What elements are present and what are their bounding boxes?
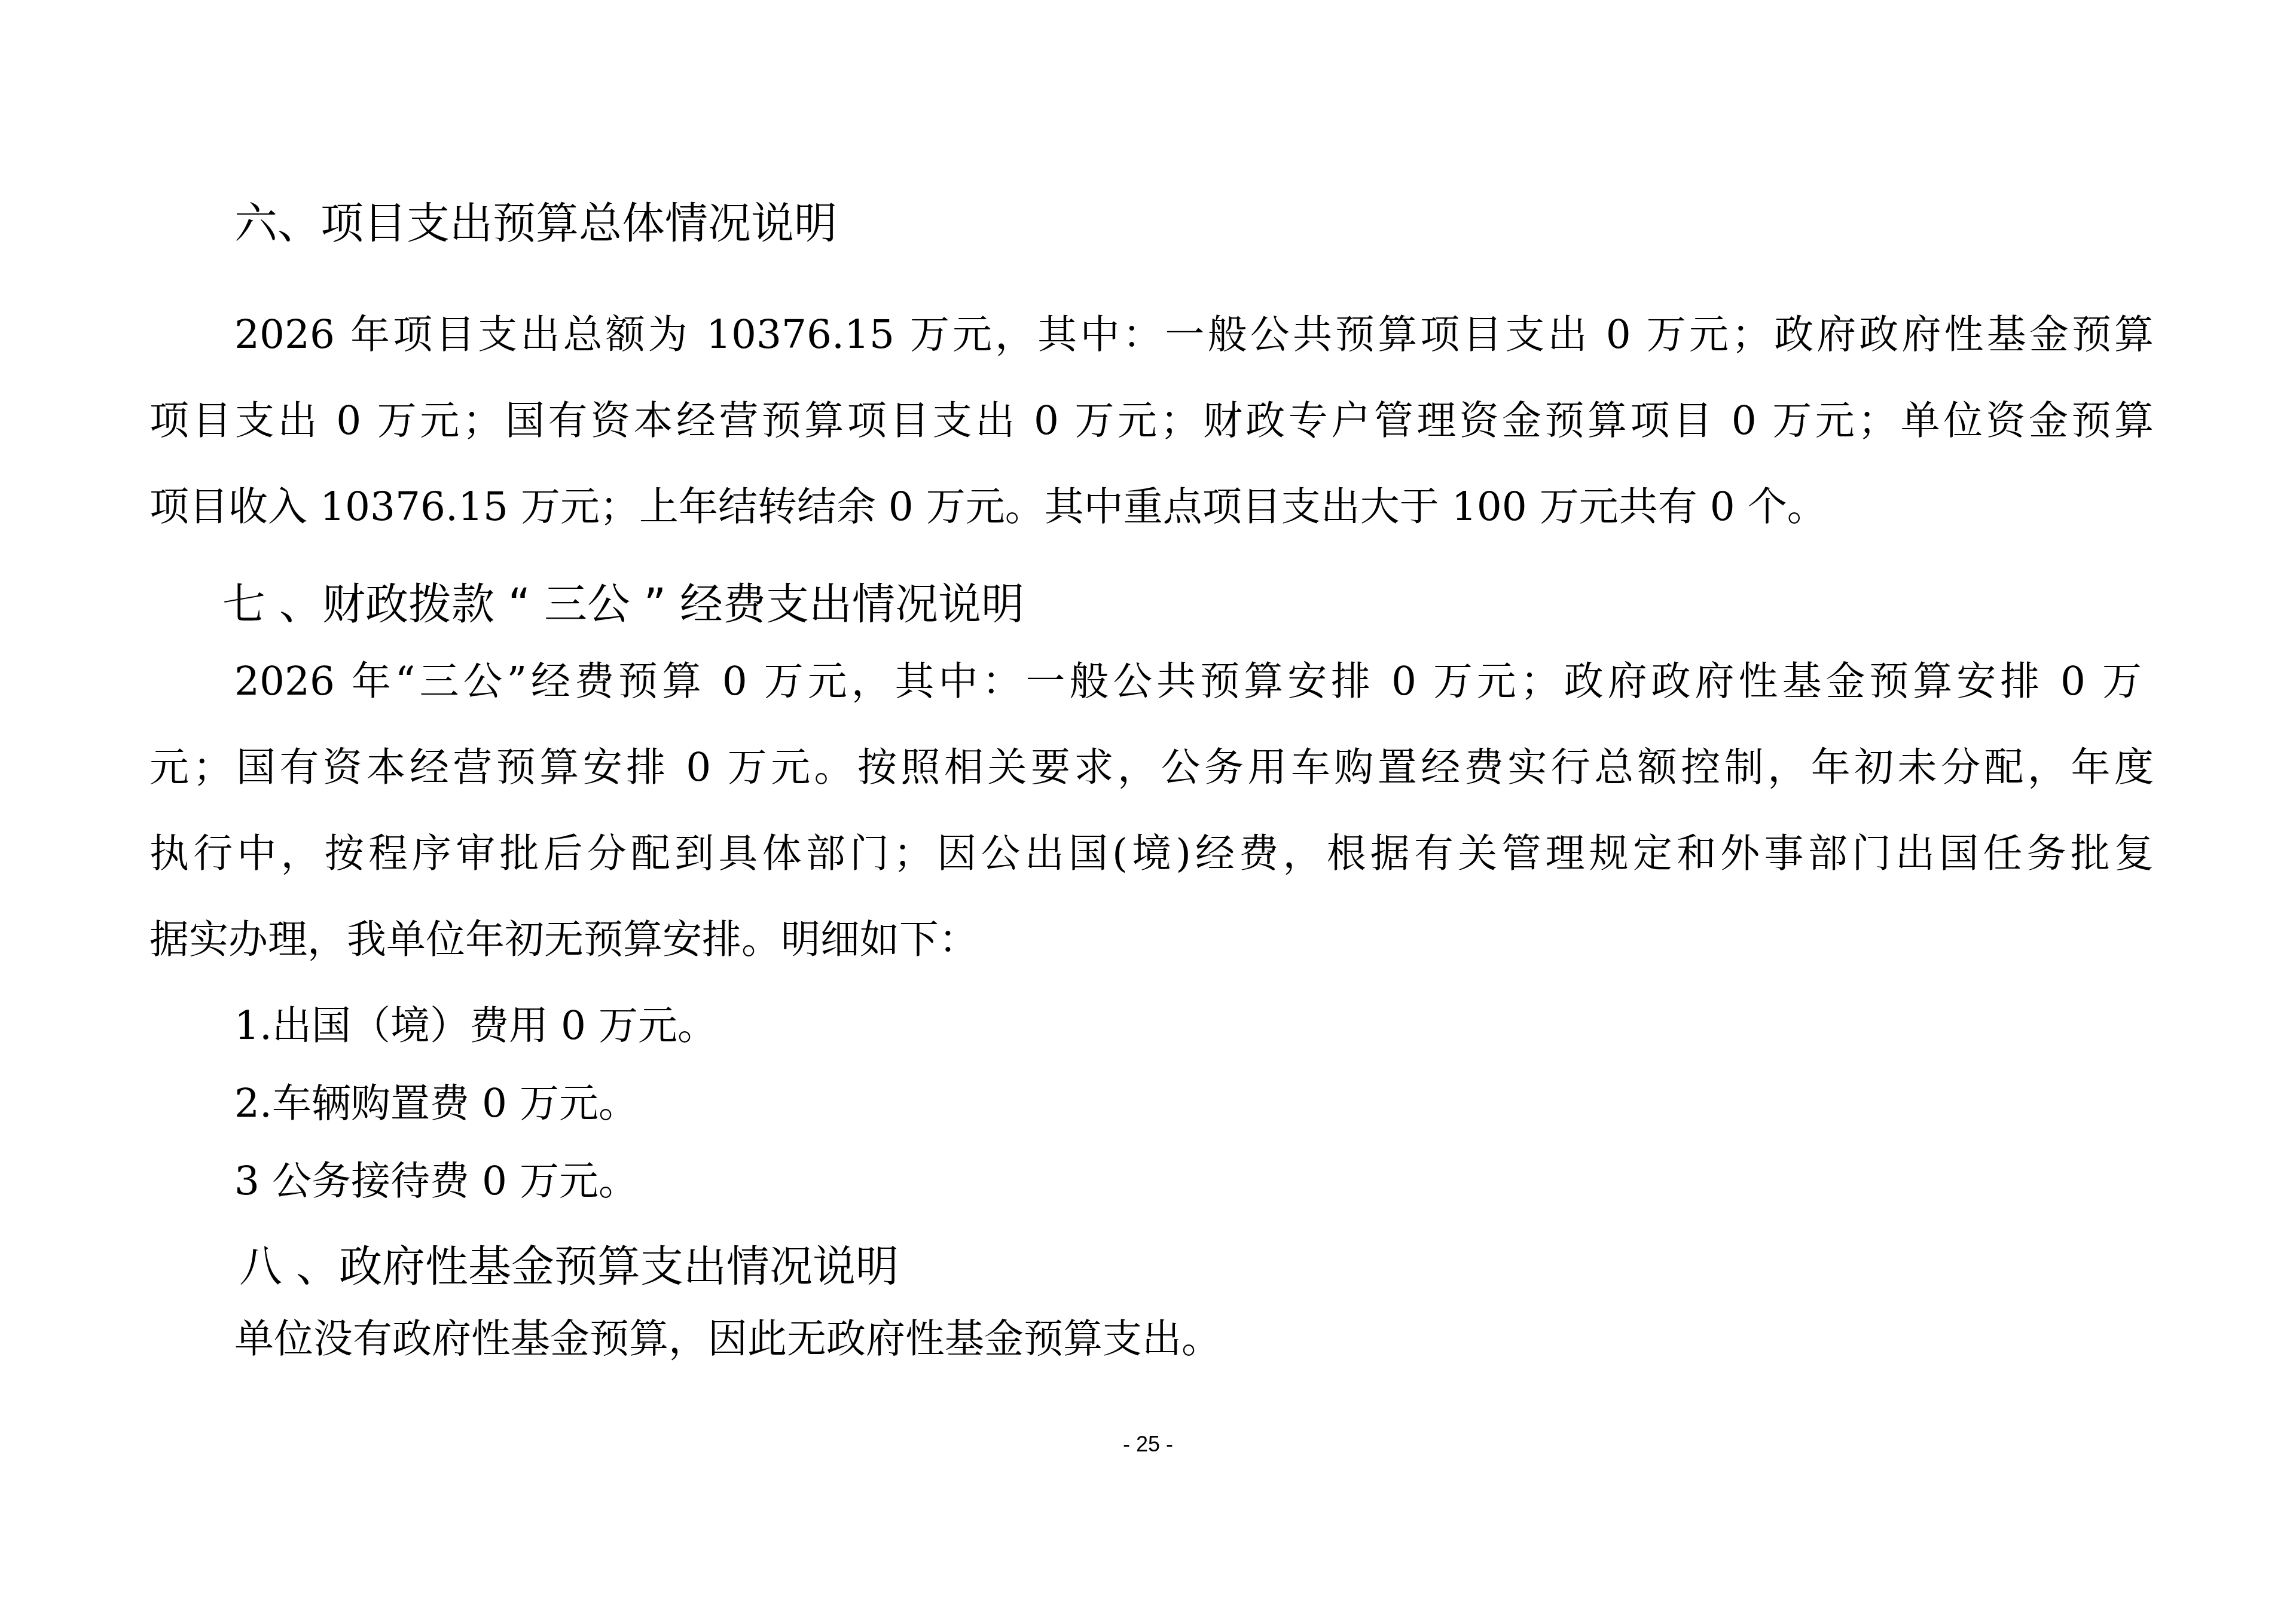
section-heading-7: 七 、财政拨款 “ 三公 ” 经费支出情况说明 (222, 577, 1024, 631)
page-number: - 25 - (0, 1432, 2296, 1457)
section-7-paragraph-line-3: 执行中，按程序审批后分配到具体部门；因公出国(境)经费，根据有关管理规定和外事部… (149, 830, 2154, 878)
section-7-paragraph-line-2: 元；国有资本经营预算安排 0 万元。按照相关要求，公务用车购置经费实行总额控制，… (149, 744, 2154, 791)
section-heading-6: 六、项目支出预算总体情况说明 (234, 196, 837, 250)
section-6-paragraph-line-3: 项目收入 10376.15 万元；上年结转结余 0 万元。其中重点项目支出大于 … (149, 483, 1827, 531)
section-6-paragraph-line-1: 2026 年项目支出总额为 10376.15 万元，其中：一般公共预算项目支出 … (234, 311, 2154, 359)
document-page: 六、项目支出预算总体情况说明 2026 年项目支出总额为 10376.15 万元… (0, 0, 2296, 1623)
section-7-paragraph-line-1: 2026 年“三公”经费预算 0 万元，其中：一般公共预算安排 0 万元；政府政… (234, 658, 2142, 705)
list-item-reception-expense: 3 公务接待费 0 万元。 (234, 1157, 638, 1205)
list-item-vehicle-purchase: 2.车辆购置费 0 万元。 (234, 1080, 638, 1127)
section-heading-8: 八 、政府性基金预算支出情况说明 (239, 1239, 899, 1293)
section-7-paragraph-line-4: 据实办理，我单位年初无预算安排。明细如下： (149, 916, 978, 964)
section-6-paragraph-line-2: 项目支出 0 万元；国有资本经营预算项目支出 0 万元；财政专户管理资金预算项目… (149, 397, 2154, 445)
list-item-overseas-expense: 1.出国（境）费用 0 万元。 (234, 1002, 717, 1050)
section-8-paragraph-line-1: 单位没有政府性基金预算，因此无政府性基金预算支出。 (234, 1315, 1221, 1363)
